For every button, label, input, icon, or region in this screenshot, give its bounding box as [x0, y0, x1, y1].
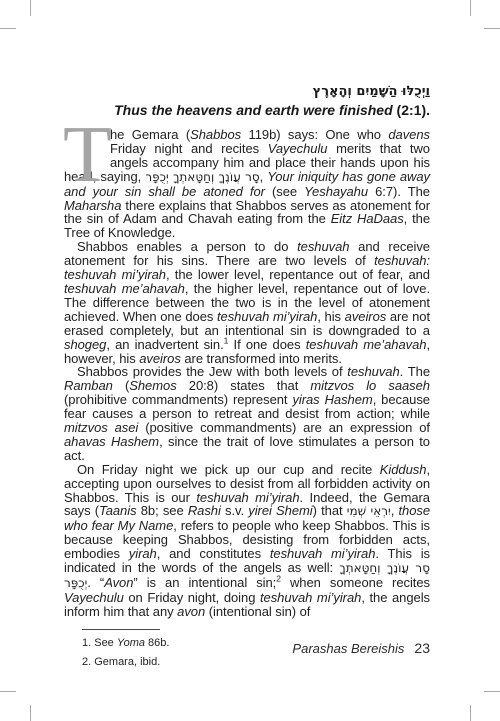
crop-mark-bottom-right-vertical	[470, 705, 471, 721]
body-paragraph: On Friday night we pick up our cup and r…	[64, 463, 430, 619]
body-text: The Gemara (Shabbos 119b) says: One who …	[64, 128, 430, 619]
crop-mark-top-right-vertical	[470, 0, 471, 16]
paragraph-text: On Friday night we pick up our cup and r…	[64, 462, 430, 619]
body-paragraph: The Gemara (Shabbos 119b) says: One who …	[64, 128, 430, 240]
paragraph-text: Shabbos provides the Jew with both level…	[64, 364, 430, 462]
book-page: וַיְכֻלּוּ הַשָּׁמַיִם וְהָאָרֶץ Thus th…	[0, 0, 500, 721]
crop-mark-bottom-left-horizontal	[0, 691, 16, 692]
page-number: 23	[414, 640, 430, 656]
running-footer: Parashas Bereishis23	[64, 640, 430, 658]
crop-mark-top-left-horizontal	[0, 28, 16, 29]
footer-section-title: Parashas Bereishis	[292, 641, 404, 656]
text-column: וַיְכֻלּוּ הַשָּׁמַיִם וְהָאָרֶץ Thus th…	[64, 84, 430, 675]
paragraph-text: Shabbos enables a person to do teshuvah …	[64, 239, 430, 365]
crop-mark-top-right-horizontal	[484, 28, 500, 29]
drop-cap-letter: T	[63, 115, 112, 195]
crop-mark-bottom-right-horizontal	[484, 691, 500, 692]
paragraph-text: he Gemara (Shabbos 119b) says: One who d…	[64, 127, 430, 240]
hebrew-verse-heading: וַיְכֻלּוּ הַשָּׁמַיִם וְהָאָרֶץ	[64, 84, 430, 100]
footnote-separator	[82, 629, 160, 630]
verse-translation: Thus the heavens and earth were finished…	[64, 101, 430, 120]
body-paragraph: Shabbos enables a person to do teshuvah …	[64, 240, 430, 365]
crop-mark-top-left-vertical	[30, 0, 31, 16]
crop-mark-bottom-left-vertical	[30, 705, 31, 721]
body-paragraph: Shabbos provides the Jew with both level…	[64, 365, 430, 462]
drop-cap: T	[64, 128, 110, 169]
